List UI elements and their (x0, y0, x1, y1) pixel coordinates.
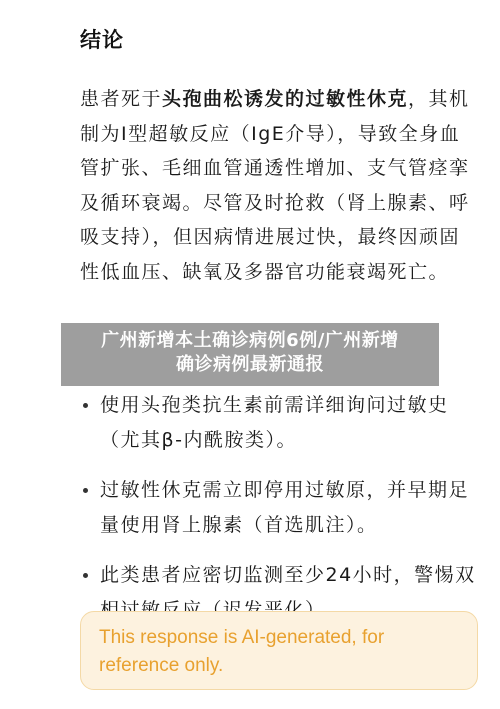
banner-line-1: 广州新增本土确诊病例6例/广州新增 (61, 329, 439, 353)
bottom-fade-overlay (330, 690, 500, 709)
list-item: 使用头孢类抗生素前需详细询问过敏史（尤其β-内酰胺类）。 (80, 388, 480, 458)
list-item-text: 过敏性休克需立即停用过敏原，并早期足量使用肾上腺素（首选肌注）。 (100, 473, 480, 543)
conclusion-text-part-1: 患者死于 (80, 88, 162, 110)
news-headline-banner[interactable]: 广州新增本土确诊病例6例/广州新增 确诊病例最新通报 (61, 323, 439, 386)
bullet-dot-icon (83, 403, 88, 408)
disclaimer-text: This response is AI-generated, for refer… (99, 627, 384, 676)
conclusion-text-bold: 头孢曲松诱发的过敏性休克 (162, 88, 408, 110)
clinical-warning-list: 使用头孢类抗生素前需详细询问过敏史（尤其β-内酰胺类）。 过敏性休克需立即停用过… (80, 388, 480, 643)
list-item-text: 使用头孢类抗生素前需详细询问过敏史（尤其β-内酰胺类）。 (100, 388, 480, 458)
banner-line-2: 确诊病例最新通报 (61, 353, 439, 377)
conclusion-heading: 结论 (80, 24, 124, 54)
bullet-dot-icon (83, 573, 88, 578)
bullet-dot-icon (83, 488, 88, 493)
ai-disclaimer-notice: This response is AI-generated, for refer… (80, 611, 478, 690)
conclusion-text-part-2: ，其机制为I型超敏反应（IgE介导），导致全身血管扩张、毛细血管通透性增加、支气… (80, 88, 470, 283)
conclusion-paragraph: 患者死于头孢曲松诱发的过敏性休克，其机制为I型超敏反应（IgE介导），导致全身血… (80, 82, 475, 289)
list-item: 过敏性休克需立即停用过敏原，并早期足量使用肾上腺素（首选肌注）。 (80, 473, 480, 543)
